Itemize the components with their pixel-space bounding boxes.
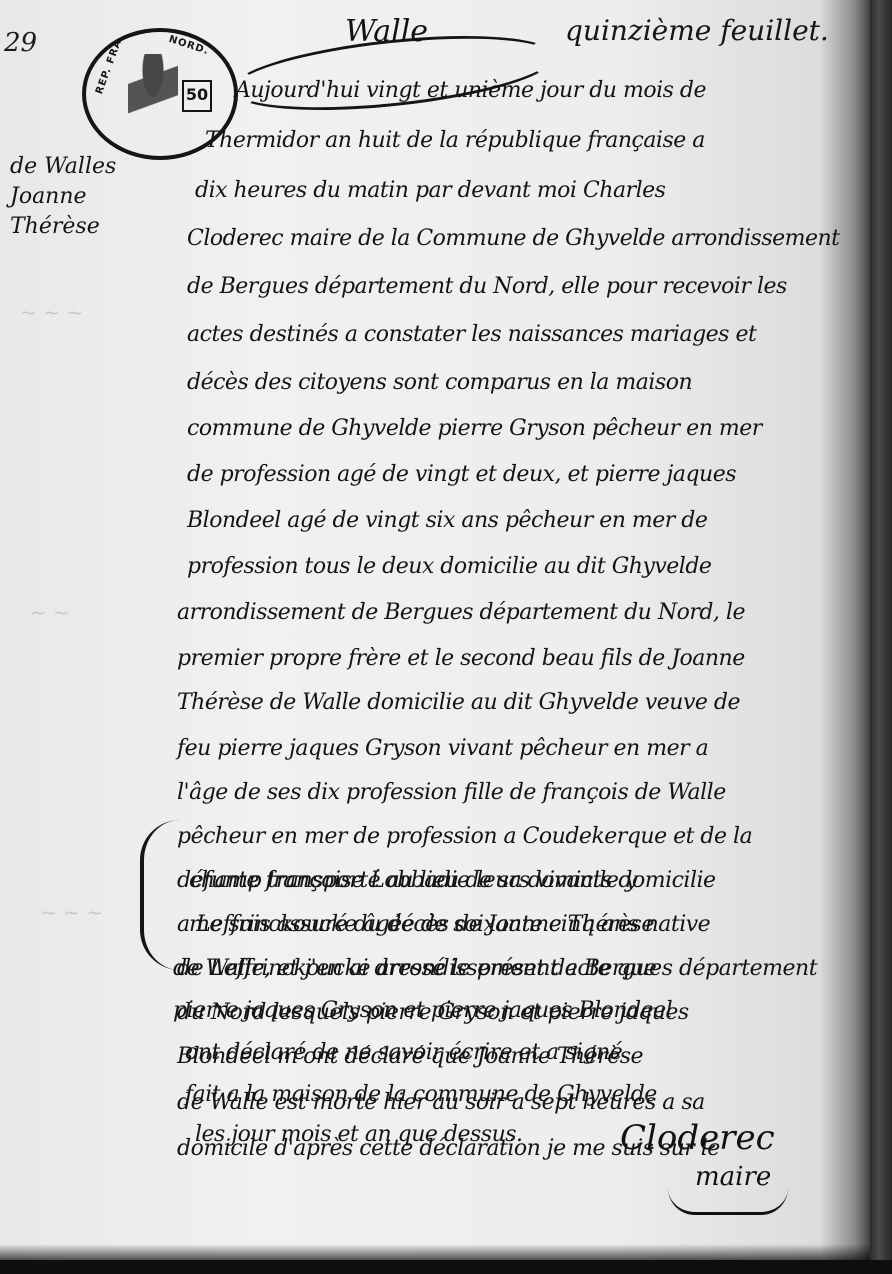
stamp-text-left: REP. FRA. [94, 33, 126, 96]
body-line: dix heures du matin par devant moi Charl… [195, 178, 665, 203]
body-line: pierre jaques Gryson et pierre jaques Bl… [173, 998, 672, 1023]
bleed-through-text: ~ ~ ~ [20, 300, 83, 324]
body-line: Aujourd'hui vingt et unième jour du mois… [235, 78, 706, 103]
stamp-value: 50 [182, 80, 212, 112]
margin-note-line: Joanne [10, 182, 160, 212]
document-page: 29 REP. FRA. NORD. 50 Walle quinzième fe… [0, 0, 872, 1262]
folio-number: 29 [4, 28, 37, 58]
body-line: premier propre frère et le second beau f… [177, 646, 745, 671]
body-line: fait a la maison de la commune de Ghyvel… [185, 1082, 657, 1107]
body-line: feu pierre jaques Gryson vivant pêcheur … [177, 736, 708, 761]
margin-note-line: de Walles [10, 152, 160, 182]
seated-figure-icon [128, 54, 178, 134]
page-binding-shadow [870, 0, 892, 1274]
body-line: l'âge de ses dix profession fille de fra… [177, 780, 726, 805]
body-line: Thermidor an huit de la république franç… [205, 128, 705, 153]
body-line: me suis assuré du décès de Joanne Thérès… [189, 912, 654, 937]
bleed-through-text: ~ ~ [30, 600, 70, 624]
body-line: décès des citoyens sont comparus en la m… [187, 370, 692, 395]
margin-note: de Walles Joanne Thérèse [10, 152, 160, 242]
body-line: champ transporté au lieu de sa domicile … [189, 868, 637, 893]
body-line: profession tous le deux domicilie au dit… [187, 554, 711, 579]
margin-note-line: Thérèse [10, 212, 160, 242]
bleed-through-text: ~ ~ ~ [40, 900, 103, 924]
body-line: de profession agé de vingt et deux, et p… [187, 462, 736, 487]
body-line: commune de Ghyvelde pierre Gryson pêcheu… [187, 416, 762, 441]
page-bottom-shadow [0, 1260, 892, 1274]
body-line: pêcheur en mer de profession a Coudekerq… [177, 824, 752, 849]
body-line: de Walle, et j'en ai dressé le présent a… [173, 956, 656, 981]
body-line: Cloderec maire de la Commune de Ghyvelde… [187, 226, 840, 251]
folio-label: quinzième feuillet. [565, 14, 829, 47]
signature-flourish [668, 1188, 788, 1215]
entry-heading: Walle [345, 14, 428, 49]
body-line: actes destinés a constater les naissance… [187, 322, 756, 347]
body-line: ont déclaré de ne savoir écrire et a sig… [185, 1040, 622, 1065]
body-line: Thérèse de Walle domicilie au dit Ghyvel… [177, 690, 740, 715]
body-line: Blondeel agé de vingt six ans pêcheur en… [187, 508, 707, 533]
mayor-signature: Cloderec [620, 1118, 775, 1158]
body-line: les jour mois et an que dessus. [195, 1122, 523, 1147]
body-line: arrondissement de Bergues département du… [177, 600, 745, 625]
body-line: de Bergues département du Nord, elle pou… [187, 274, 787, 299]
